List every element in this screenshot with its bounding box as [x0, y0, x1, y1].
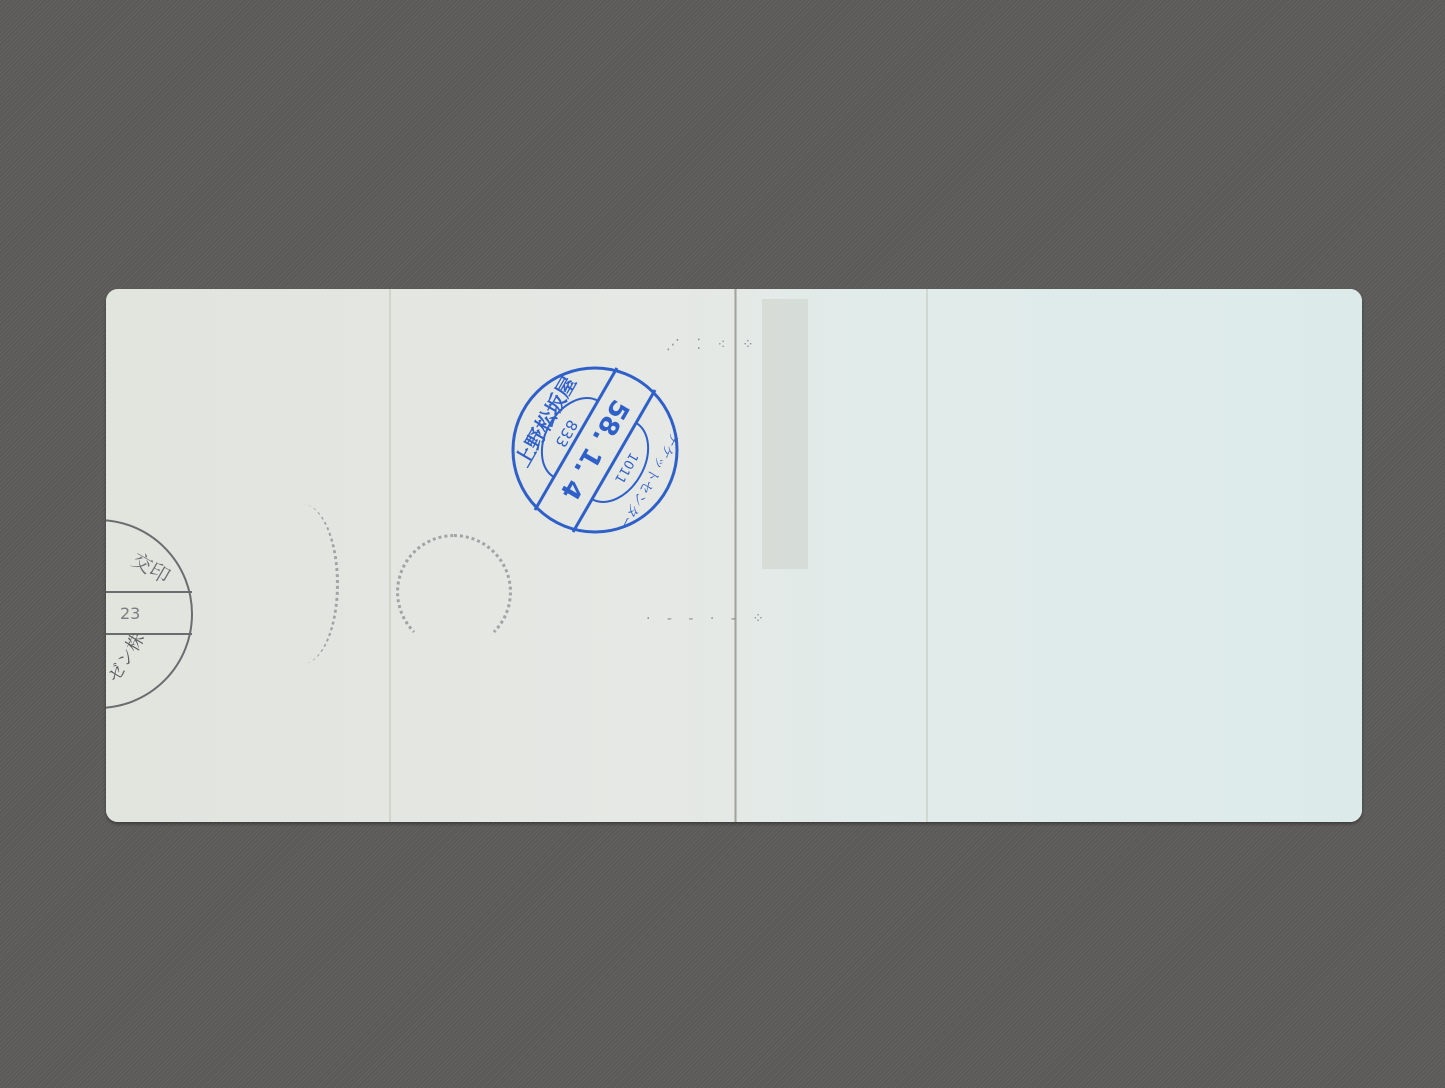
crease-line	[389, 289, 391, 822]
svg-text:交印: 交印	[128, 548, 175, 589]
faint-stamp-mark	[396, 534, 512, 650]
blue-postmark: 58. 1. 4 833 1011 上野松坂屋 チケットセンター	[500, 355, 680, 535]
faint-stamp-mark	[266, 504, 339, 664]
svg-text:ゼン株: ゼン株	[106, 629, 149, 686]
gray-postmark: 23 交印 ゼン株	[106, 514, 198, 714]
svg-text:23: 23	[120, 604, 140, 623]
fold-line	[734, 289, 737, 822]
faint-print-mark: · ‐ ‑ · ‐ ⁘	[646, 611, 770, 627]
ticket-back: ⋰ ⁚ ⁖ ⁘ · ‐ ‑ · ‐ ⁘ 23 交印 ゼン株	[106, 289, 1362, 822]
faint-print-mark: ⋰ ⁚ ⁖ ⁘	[666, 337, 760, 353]
crease-line	[926, 289, 928, 822]
tape-residue	[762, 299, 808, 569]
